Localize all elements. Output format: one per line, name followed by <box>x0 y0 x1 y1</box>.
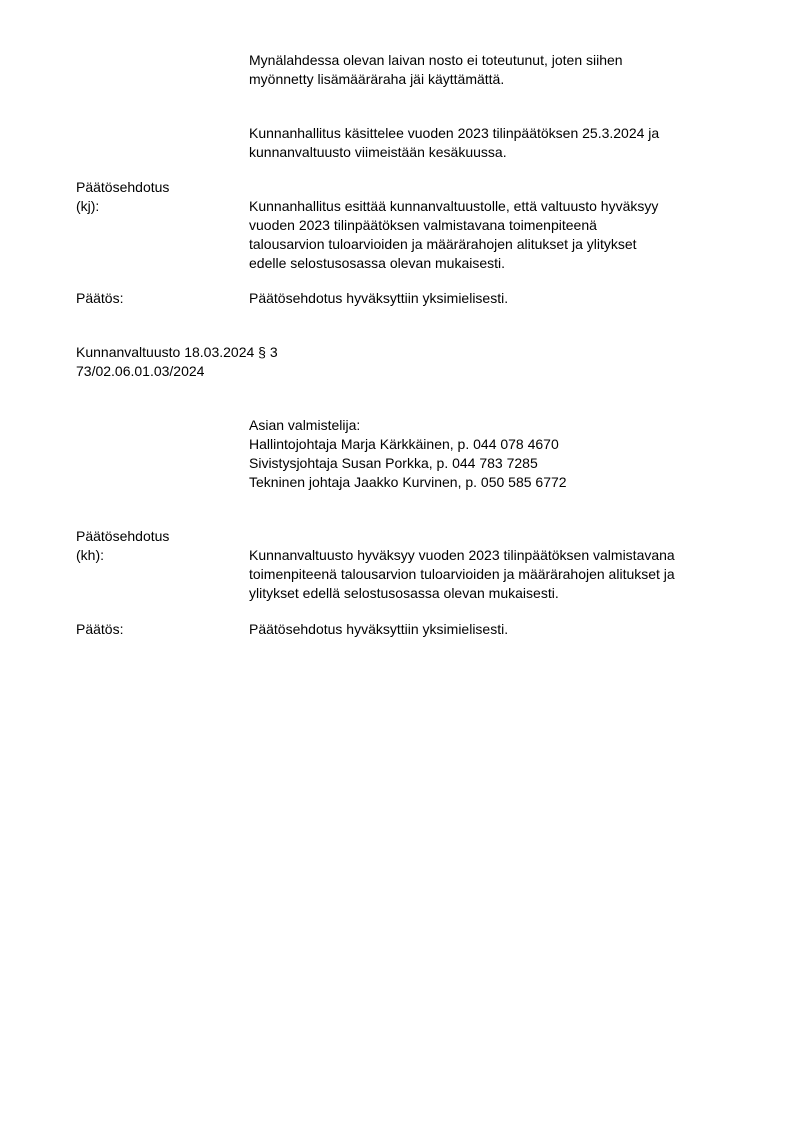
preparer-contact: Tekninen johtaja Jaakko Kurvinen, p. 050… <box>249 473 567 492</box>
preparer-title: Asian valmistelija: <box>249 416 360 435</box>
proposal-text: talousarvion tuloarvioiden ja määrärahoj… <box>249 235 637 254</box>
decision-text: Päätösehdotus hyväksyttiin yksimielisest… <box>249 620 508 639</box>
proposal-text: Kunnanhallitus esittää kunnanvaltuustoll… <box>249 197 658 216</box>
proposal-label: Päätösehdotus <box>76 527 169 546</box>
decision-label: Päätös: <box>76 289 123 308</box>
council-reference: 73/02.06.01.03/2024 <box>76 362 204 381</box>
schedule-text: Kunnanhallitus käsittelee vuoden 2023 ti… <box>249 124 659 143</box>
decision-label: Päätös: <box>76 620 123 639</box>
proposal-label-kj: (kj): <box>76 197 99 216</box>
preparer-contact: Hallintojohtaja Marja Kärkkäinen, p. 044… <box>249 435 559 454</box>
proposal-text: Kunnanvaltuusto hyväksyy vuoden 2023 til… <box>249 546 675 565</box>
schedule-text: kunnanvaltuusto viimeistään kesäkuussa. <box>249 143 507 162</box>
proposal-text: toimenpiteenä talousarvion tuloarvioiden… <box>249 565 675 584</box>
proposal-text: ylitykset edellä selostusosassa olevan m… <box>249 584 559 603</box>
preparer-contact: Sivistysjohtaja Susan Porkka, p. 044 783… <box>249 454 538 473</box>
intro-text: Mynälahdessa olevan laivan nosto ei tote… <box>249 51 623 70</box>
council-heading: Kunnanvaltuusto 18.03.2024 § 3 <box>76 343 278 362</box>
decision-text: Päätösehdotus hyväksyttiin yksimielisest… <box>249 289 508 308</box>
intro-text: myönnetty lisämääräraha jäi käyttämättä. <box>249 70 504 89</box>
proposal-label-kh: (kh): <box>76 546 104 565</box>
proposal-text: edelle selostusosassa olevan mukaisesti. <box>249 254 505 273</box>
proposal-text: vuoden 2023 tilinpäätöksen valmistavana … <box>249 216 597 235</box>
proposal-label: Päätösehdotus <box>76 178 169 197</box>
